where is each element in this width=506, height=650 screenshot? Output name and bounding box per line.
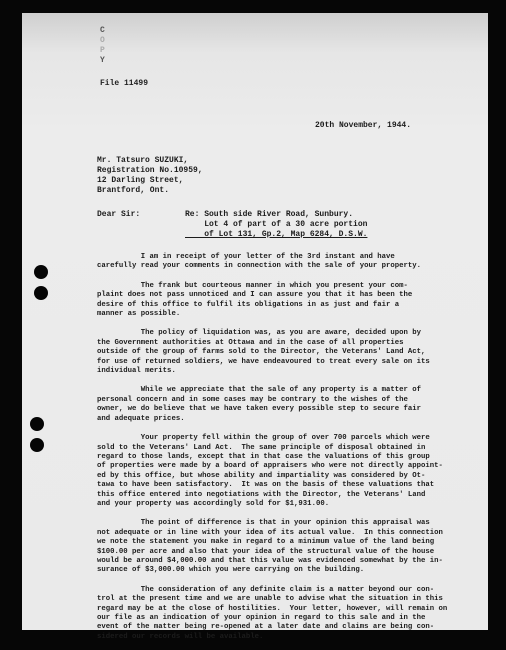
paragraph: The frank but courteous manner in which … (97, 282, 457, 320)
paragraph-line: While we appreciate that the sale of any… (97, 386, 457, 395)
re-line: of Lot 131, Gp.2, Map 6284, D.S.W. (185, 230, 367, 240)
paragraph-line: our file as an indication of your opinio… (97, 614, 457, 623)
paragraph: While we appreciate that the sale of any… (97, 386, 457, 424)
copy-stamp: C O P Y (100, 26, 105, 66)
recipient-address: Mr. Tatsuro SUZUKI, Registration No.1095… (97, 156, 203, 196)
subject-reference: Re: South side River Road, Sunbury. Lot … (185, 210, 367, 240)
address-line: Registration No.10959, (97, 166, 203, 176)
paragraph: I am in receipt of your letter of the 3r… (97, 253, 457, 272)
stamp-letter: P (100, 46, 105, 56)
paragraph-line: this office entered into negotiations wi… (97, 491, 457, 500)
paragraph-line: I am in receipt of your letter of the 3r… (97, 253, 457, 262)
paragraph: The consideration of any definite claim … (97, 586, 457, 642)
paragraph-line: and your property was accordingly sold f… (97, 500, 457, 509)
paragraph-line: of properties were made by a board of ap… (97, 462, 457, 471)
punch-hole (30, 438, 44, 452)
address-line: Brantford, Ont. (97, 186, 203, 196)
paragraph-line: $100.00 per acre and also that your idea… (97, 548, 457, 557)
paragraph-line: surance of $3,000.00 which you were carr… (97, 566, 457, 575)
punch-hole (34, 265, 48, 279)
paragraph: The policy of liquidation was, as you ar… (97, 329, 457, 376)
paragraph-line: The policy of liquidation was, as you ar… (97, 329, 457, 338)
file-number: File 11499 (100, 79, 148, 88)
paragraph-line: regard to those lands, except that in th… (97, 453, 457, 462)
punch-hole (30, 417, 44, 431)
paragraph-line: owner, we do believe that we have taken … (97, 405, 457, 414)
paragraph-line: not adequate or in line with your idea o… (97, 529, 457, 538)
paragraph-line: Your property fell within the group of o… (97, 434, 457, 443)
paragraph-line: desire of this office to fulfil its obli… (97, 301, 457, 310)
re-line: Lot 4 of part of a 30 acre portion (185, 220, 367, 230)
paragraph-line: individual merits. (97, 367, 457, 376)
paragraph-line: event of the matter being re-opened at a… (97, 623, 457, 632)
paragraph-line: ed by this office, but whose ability and… (97, 472, 457, 481)
paragraph-line: personal concern and in some cases may b… (97, 396, 457, 405)
paragraph-line: outside of the group of farms sold to th… (97, 348, 457, 357)
re-line: Re: South side River Road, Sunbury. (185, 210, 367, 220)
stamp-letter: Y (100, 56, 105, 66)
paragraph-line: manner as possible. (97, 310, 457, 319)
letter-date: 20th November, 1944. (315, 121, 411, 130)
paragraph-line: The frank but courteous manner in which … (97, 282, 457, 291)
stamp-letter: C (100, 26, 105, 36)
paragraph-line: plaint does not pass unnoticed and I can… (97, 291, 457, 300)
paragraph-line: for use of returned soldiers, we have en… (97, 358, 457, 367)
paragraph-line: carefully read your comments in connecti… (97, 262, 457, 271)
paragraph-line: and adequate prices. (97, 415, 457, 424)
paragraph: The point of difference is that in your … (97, 519, 457, 575)
paragraph-line: trol at the present time and we are unab… (97, 595, 457, 604)
paragraph-line: tawa to have been satisfactory. It was o… (97, 481, 457, 490)
paragraph-line: regard may be at the close of hostilitie… (97, 605, 457, 614)
paragraph-line: sold to the Veterans' Land Act. The same… (97, 444, 457, 453)
stamp-letter: O (100, 36, 105, 46)
paragraph-line: would be around $4,000.00 and that this … (97, 557, 457, 566)
address-line: 12 Darling Street, (97, 176, 203, 186)
paragraph-line: The consideration of any definite claim … (97, 586, 457, 595)
paragraph-line: we note the statement you make in regard… (97, 538, 457, 547)
paragraph-line: The point of difference is that in your … (97, 519, 457, 528)
paragraph-line: sidered our records will be available. (97, 633, 457, 642)
address-line: Mr. Tatsuro SUZUKI, (97, 156, 203, 166)
paragraph: Your property fell within the group of o… (97, 434, 457, 509)
salutation: Dear Sir: (97, 210, 140, 219)
letter-body: I am in receipt of your letter of the 3r… (97, 253, 457, 650)
paragraph-line: the Government authorities at Ottawa and… (97, 339, 457, 348)
letter-page: C O P Y File 11499 20th November, 1944. … (22, 13, 488, 630)
punch-hole (34, 286, 48, 300)
